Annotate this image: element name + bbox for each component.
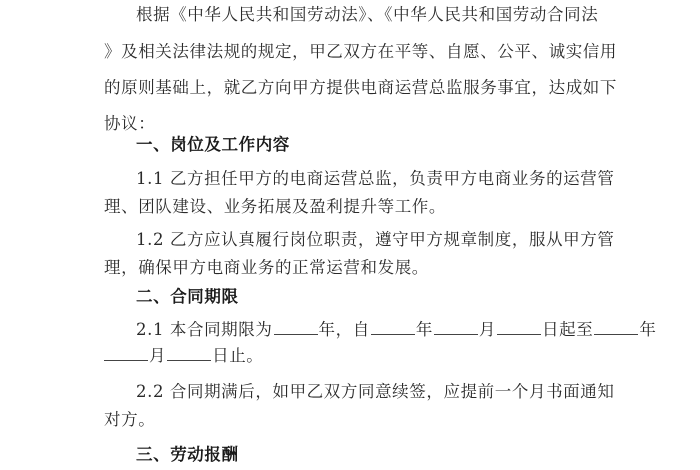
section3-heading: 三、劳动报酬 [136,444,584,466]
blank-start-year[interactable] [371,320,415,335]
blank-term-years[interactable] [274,320,318,335]
intro-line-3: 的原则基础上，就乙方向甲方提供电商运营总监服务事宜，达成如下 [104,77,584,99]
intro-line-1: 根据《中华人民共和国劳动法》、《中华人民共和国劳动合同法 [136,4,584,26]
clause-2-1-line-2: 月日止。 [104,345,584,367]
intro-line-4: 协议： [104,113,584,135]
blank-end-year[interactable] [594,320,638,335]
blank-start-day[interactable] [497,320,541,335]
label-day-to: 日起至 [542,320,593,339]
label-year-end: 年 [639,320,656,339]
clause-1-2-line-1: 1.2 乙方应认真履行岗位职责，遵守甲方规章制度，服从甲方管 [136,229,584,251]
clause-1-1-line-2: 理、团队建设、业务拓展及盈利提升等工作。 [104,196,584,218]
intro-line-2: 》及相关法律法规的规定，甲乙双方在平等、自愿、公平、诚实信用 [104,41,584,63]
label-year-from: 年，自 [319,320,370,339]
label-year: 年 [416,320,433,339]
blank-end-day[interactable] [167,346,211,361]
clause-2-1-prefix: 2.1 本合同期限为 [136,320,273,339]
section1-heading: 一、岗位及工作内容 [136,134,584,156]
blank-start-month[interactable] [434,320,478,335]
clause-1-2-line-2: 理，确保甲方电商业务的正常运营和发展。 [104,257,584,279]
clause-1-1-line-1: 1.1 乙方担任甲方的电商运营总监，负责甲方电商业务的运营管 [136,168,584,190]
clause-2-2-line-1: 2.2 合同期满后，如甲乙双方同意续签，应提前一个月书面通知 [136,381,584,403]
clause-2-2-line-2: 对方。 [104,409,584,431]
document-page: 根据《中华人民共和国劳动法》、《中华人民共和国劳动合同法 》及相关法律法规的规定… [0,0,700,470]
label-month: 月 [479,320,496,339]
label-month-end: 月 [149,346,166,365]
blank-end-month[interactable] [104,346,148,361]
label-day-end: 日止。 [212,346,263,365]
section2-heading: 二、合同期限 [136,286,584,308]
clause-2-1-line-1: 2.1 本合同期限为年，自年月日起至年 [136,319,584,341]
